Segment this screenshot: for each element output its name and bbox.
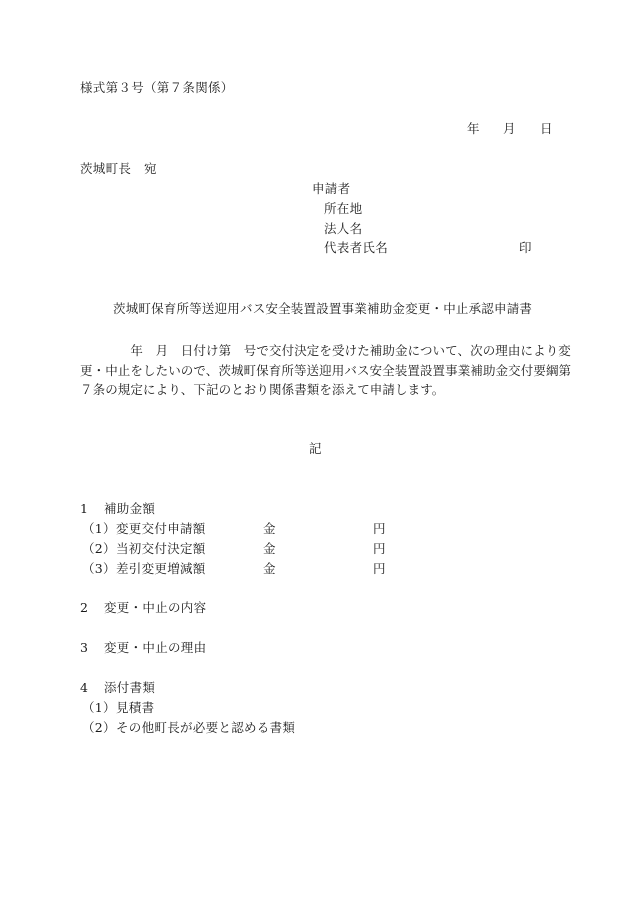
section-4-label: 添付書類 — [104, 682, 155, 695]
date-month: 月 — [503, 123, 516, 136]
section-1-number: 1 — [80, 503, 88, 516]
body-line-1: 年 月 日付け第 号で交付決定を受けた補助金について、次の理由により変 — [80, 345, 571, 358]
date-year: 年 — [467, 123, 480, 136]
applicant-corporation-label: 法人名 — [324, 223, 362, 236]
applicant-address-label: 所在地 — [324, 203, 362, 216]
section-1-item-1-label: 変更交付申請額 — [116, 523, 206, 536]
document-title: 茨城町保育所等送迎用バス安全装置設置事業補助金変更・中止承認申請書 — [113, 303, 532, 316]
section-3-label: 変更・中止の理由 — [104, 642, 206, 655]
section-4-item-2-index: （2） — [82, 722, 116, 735]
ki-heading: 記 — [309, 443, 322, 456]
applicant-heading: 申請者 — [312, 183, 350, 196]
section-1-item-2-index: （2） — [82, 543, 116, 556]
section-1-item-3-unit: 円 — [373, 563, 386, 576]
form-number: 様式第３号（第７条関係） — [80, 82, 234, 95]
section-2-label: 変更・中止の内容 — [104, 602, 206, 615]
section-2-number: 2 — [80, 602, 88, 615]
section-1-item-3-label: 差引変更増減額 — [116, 563, 206, 576]
body-line-3: ７条の規定により、下記のとおり関係書類を添えて申請します。 — [80, 384, 444, 397]
section-4-item-2-label: その他町長が必要と認める書類 — [116, 722, 295, 735]
section-1-item-1-index: （1） — [82, 523, 116, 536]
section-1-item-2-label: 当初交付決定額 — [116, 543, 206, 556]
section-1-item-2-unit: 円 — [373, 543, 386, 556]
section-1-label: 補助金額 — [104, 503, 155, 516]
section-3-number: 3 — [80, 642, 88, 655]
section-4-item-1-label: 見積書 — [116, 702, 154, 715]
applicant-representative-label: 代表者氏名 — [324, 242, 388, 255]
section-1-item-3-prefix: 金 — [263, 563, 276, 576]
section-1-item-2-prefix: 金 — [263, 543, 276, 556]
section-1-item-3-index: （3） — [82, 563, 116, 576]
section-1-item-1-prefix: 金 — [263, 523, 276, 536]
addressee: 茨城町長 宛 — [80, 163, 157, 176]
document-page: 様式第３号（第７条関係） 年 月 日 茨城町長 宛 申請者 所在地 法人名 代表… — [0, 0, 630, 903]
date-day: 日 — [540, 123, 553, 136]
seal-mark: 印 — [519, 242, 532, 255]
section-1-item-1-unit: 円 — [373, 523, 386, 536]
body-line-2: 更・中止をしたいので、茨城町保育所等送迎用バス安全装置設置事業補助金交付要綱第 — [80, 365, 571, 378]
section-4-item-1-index: （1） — [82, 702, 116, 715]
section-4-number: 4 — [80, 682, 88, 695]
